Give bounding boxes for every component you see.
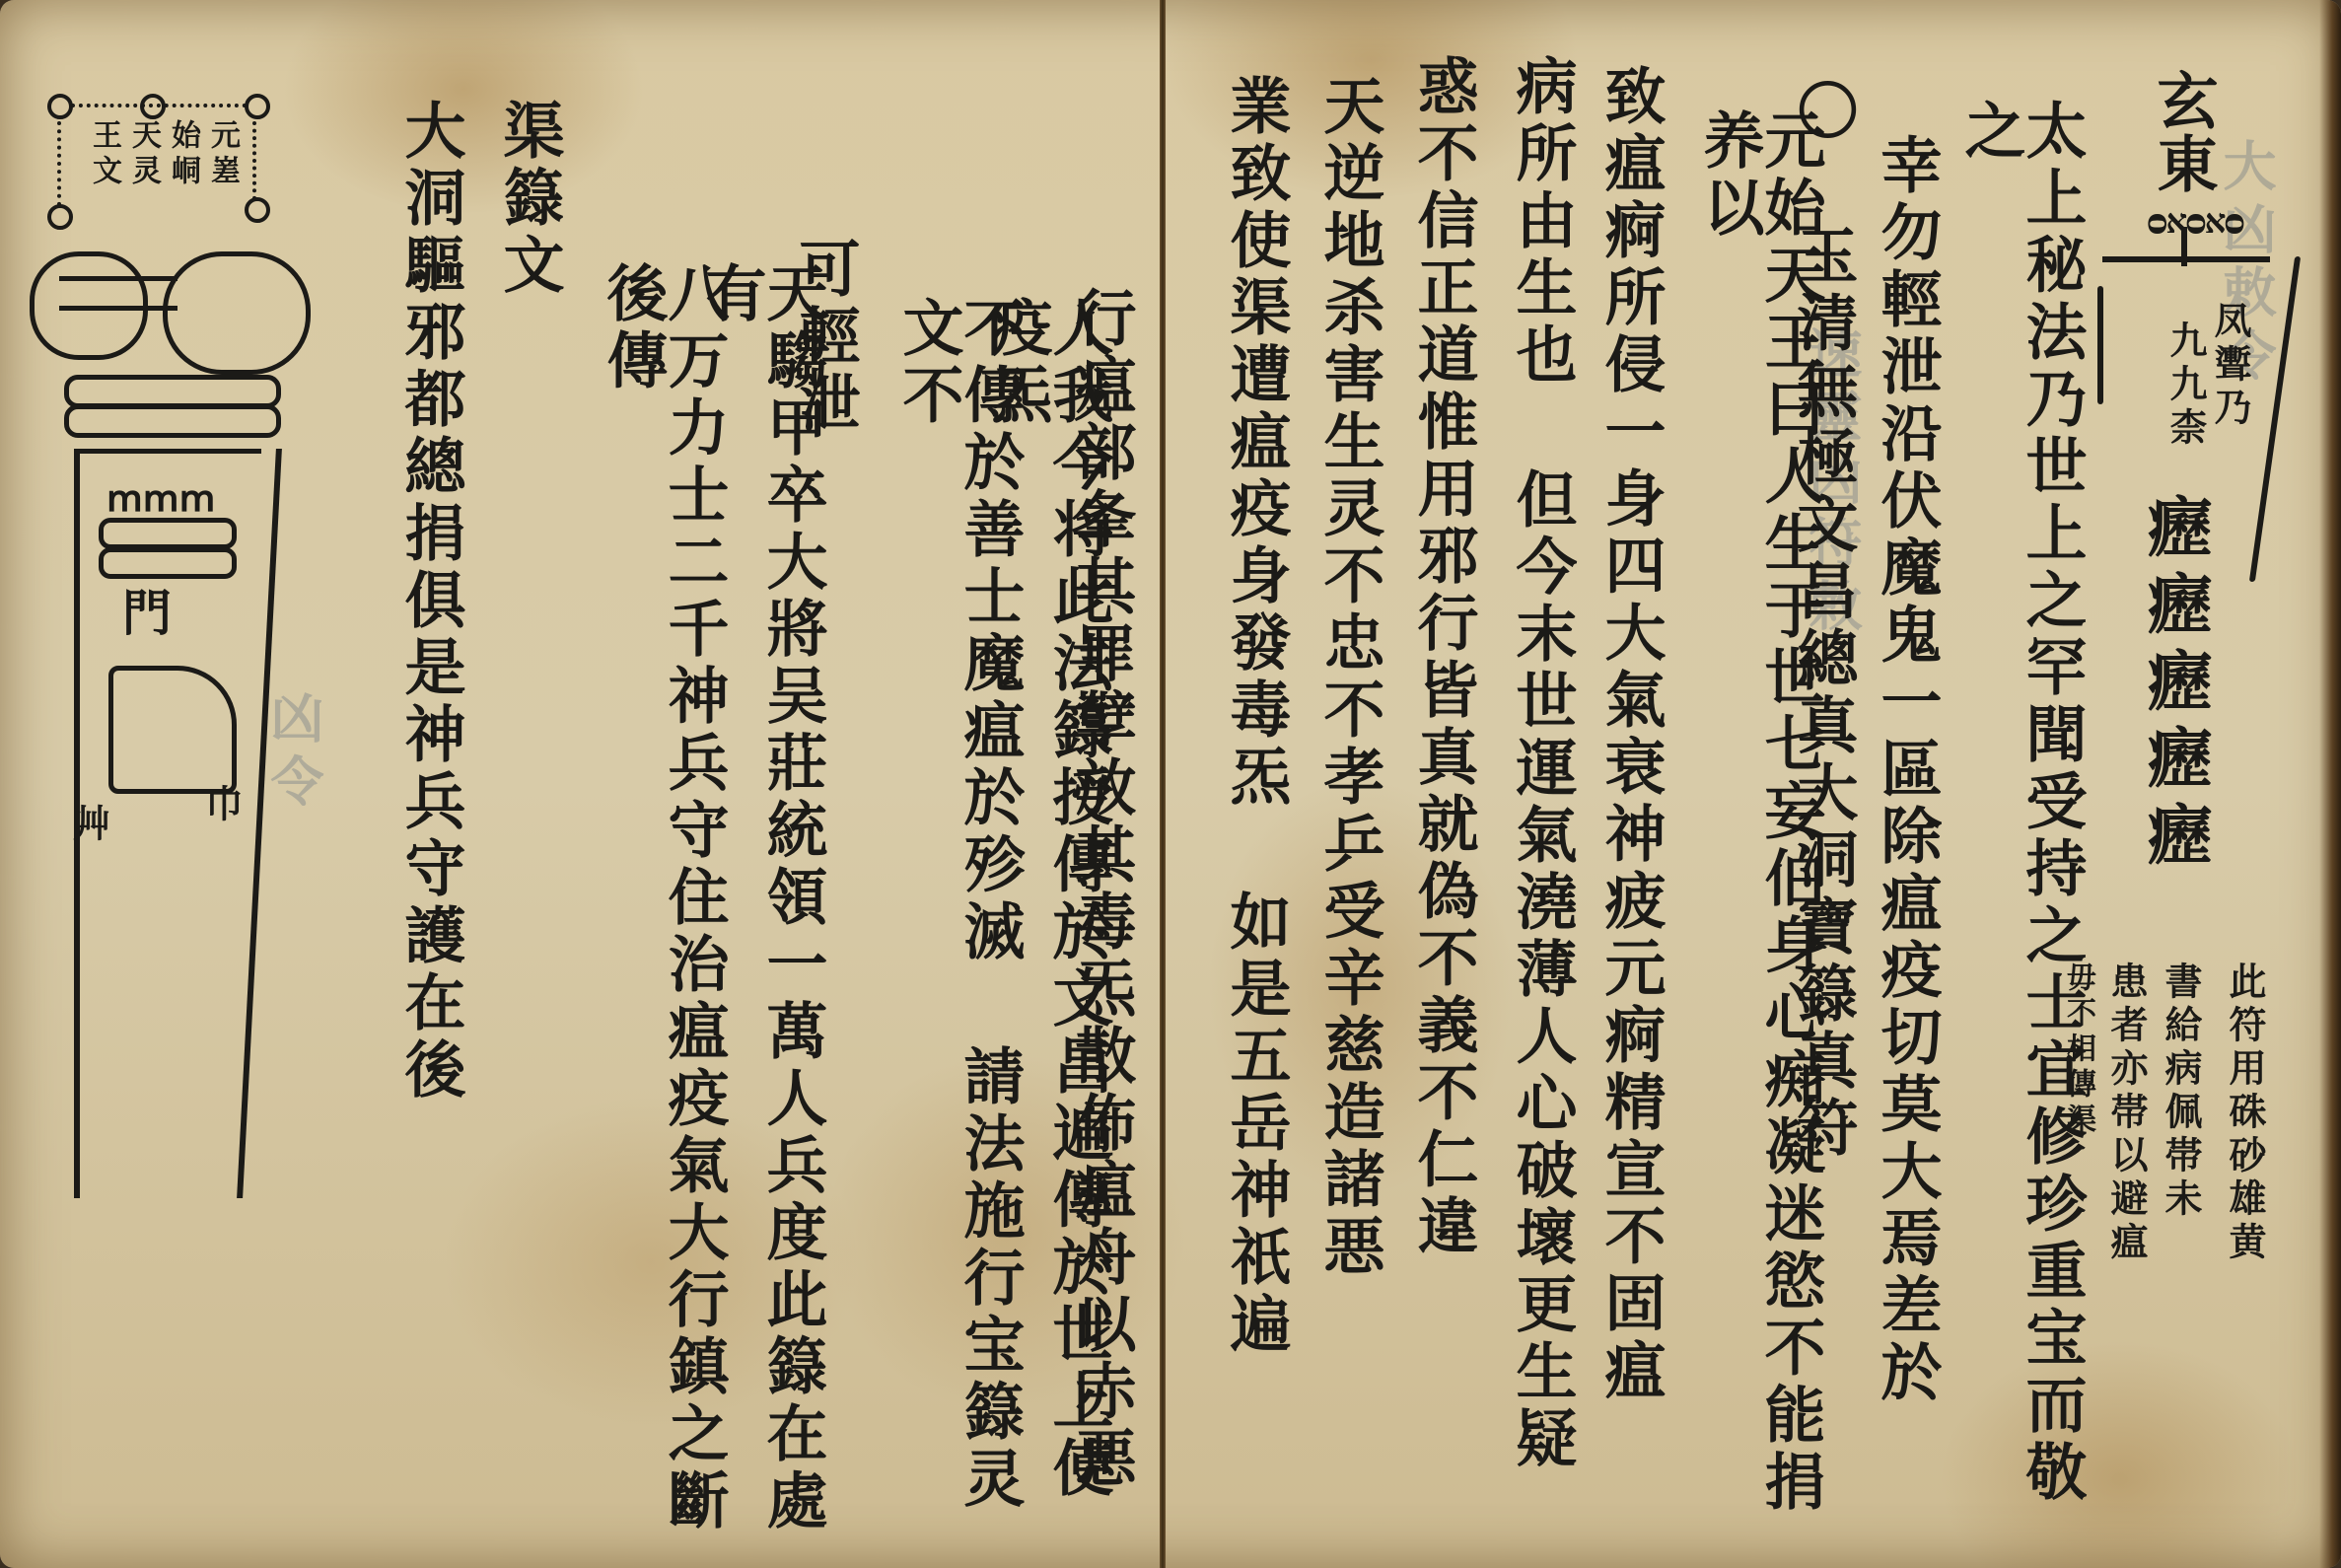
- glyph: 癧: [2136, 570, 2213, 647]
- talisman-header-col: 天灵: [128, 119, 158, 190]
- talisman-repeated-glyph: 癧癧癧癧癧: [2142, 493, 2207, 878]
- book-page-edge: [2319, 0, 2341, 1568]
- note-column: 患者亦帯以避瘟: [2107, 962, 2145, 1265]
- left-page: 元嵳 始峒 天灵 王文 ՠՠՠ 門 巾 艸 行瘟部夆其罪孼放其毒炁散佈瘟舟以赤悪: [0, 0, 1162, 1568]
- glyph: 癧: [2136, 647, 2213, 724]
- talisman-glyph: ՠՠՠ 門 巾 艸: [30, 251, 316, 1287]
- text-column: 業致使渠遭瘟疫身發毒炁 如是五岳神祇遍: [1225, 74, 1286, 1359]
- talisman-label: 艸: [69, 804, 106, 847]
- talisman-header-col: 王文: [89, 119, 118, 190]
- talisman-header-col: 元嵳: [207, 119, 237, 190]
- talisman-header: 元嵳 始峒 天灵 王文: [51, 94, 263, 217]
- talisman-squiggle: [71, 104, 247, 107]
- talisman-inner-col: 九九柰: [2166, 321, 2204, 451]
- text-column: 幸勿輕泄沿伏魔鬼一區除瘟疫切莫大焉差於: [1876, 133, 1937, 1407]
- right-page: 玄東 ᴑﬡᴑﬡᴑ 凤聻乃 九九柰 癧癧癧癧癧 此符用硃砂雄黄 書給病佩帯未 患者…: [1166, 0, 2341, 1568]
- talisman-squiggle: [252, 121, 256, 200]
- text-column: 致瘟痾所侵一身四大氣衰神疲元痾精宣不固瘟: [1599, 64, 1661, 1405]
- glyph: 癧: [2136, 801, 2213, 878]
- talisman-ring-icon: [245, 197, 270, 223]
- text-column: 渠籙文: [498, 99, 559, 300]
- text-column: 惑不信正道惟用邪行皆真就偽不義不仁違: [1412, 54, 1473, 1261]
- text-column: 八万力士二千神兵守住治瘟疫氣大行鎮之斷後傳: [602, 261, 724, 1568]
- glyph: 癧: [2136, 724, 2213, 801]
- talisman-rings-icon: ᴑﬡᴑﬡᴑ: [2147, 202, 2243, 242]
- text-column: 天逆地杀害生灵不忠不孝乒受辛慈造諸悪: [1318, 74, 1380, 1281]
- text-column: 不傳於善士魔瘟於殄滅 請法施行宝籙灵文不: [897, 296, 1020, 1568]
- text-column: 病所由生也 但今末世運氣澆薄人心破壞更生疑: [1511, 54, 1572, 1473]
- talisman-squiggle: ՠՠՠ: [106, 468, 215, 523]
- glyph: 癧: [2136, 493, 2213, 570]
- text-column: 太上秘法乃世上之罕聞受持之士宜修珍重宝而敬之: [1959, 99, 2082, 1568]
- manuscript-spread: 速靈凶符敕 大凶敕令 凶令 元嵳 始峒 天灵 王文: [0, 0, 2341, 1568]
- note-column: 書給病佩帯未: [2162, 962, 2199, 1222]
- talisman-top-chars: 玄東: [2152, 69, 2213, 195]
- text-column: 大洞驅邪都總捐俱是神兵守護在後: [399, 99, 461, 1105]
- talisman-header-col: 始峒: [168, 119, 197, 190]
- talisman-label: 巾: [202, 784, 240, 827]
- talisman-ring-icon: [47, 204, 73, 230]
- talisman-ring-icon: [245, 94, 270, 119]
- text-column: 元始天王曰人生于世七妄伯身心痴凝迷慾不能捐养以: [1698, 108, 1820, 1568]
- talisman-ring-icon: [47, 94, 73, 119]
- note-column: 此符用硃砂雄黄: [2226, 962, 2263, 1265]
- talisman-squiggle: [57, 121, 61, 206]
- talisman-inner-col: 凤聻乃: [2211, 301, 2248, 431]
- talisman-label: 門: [118, 587, 168, 642]
